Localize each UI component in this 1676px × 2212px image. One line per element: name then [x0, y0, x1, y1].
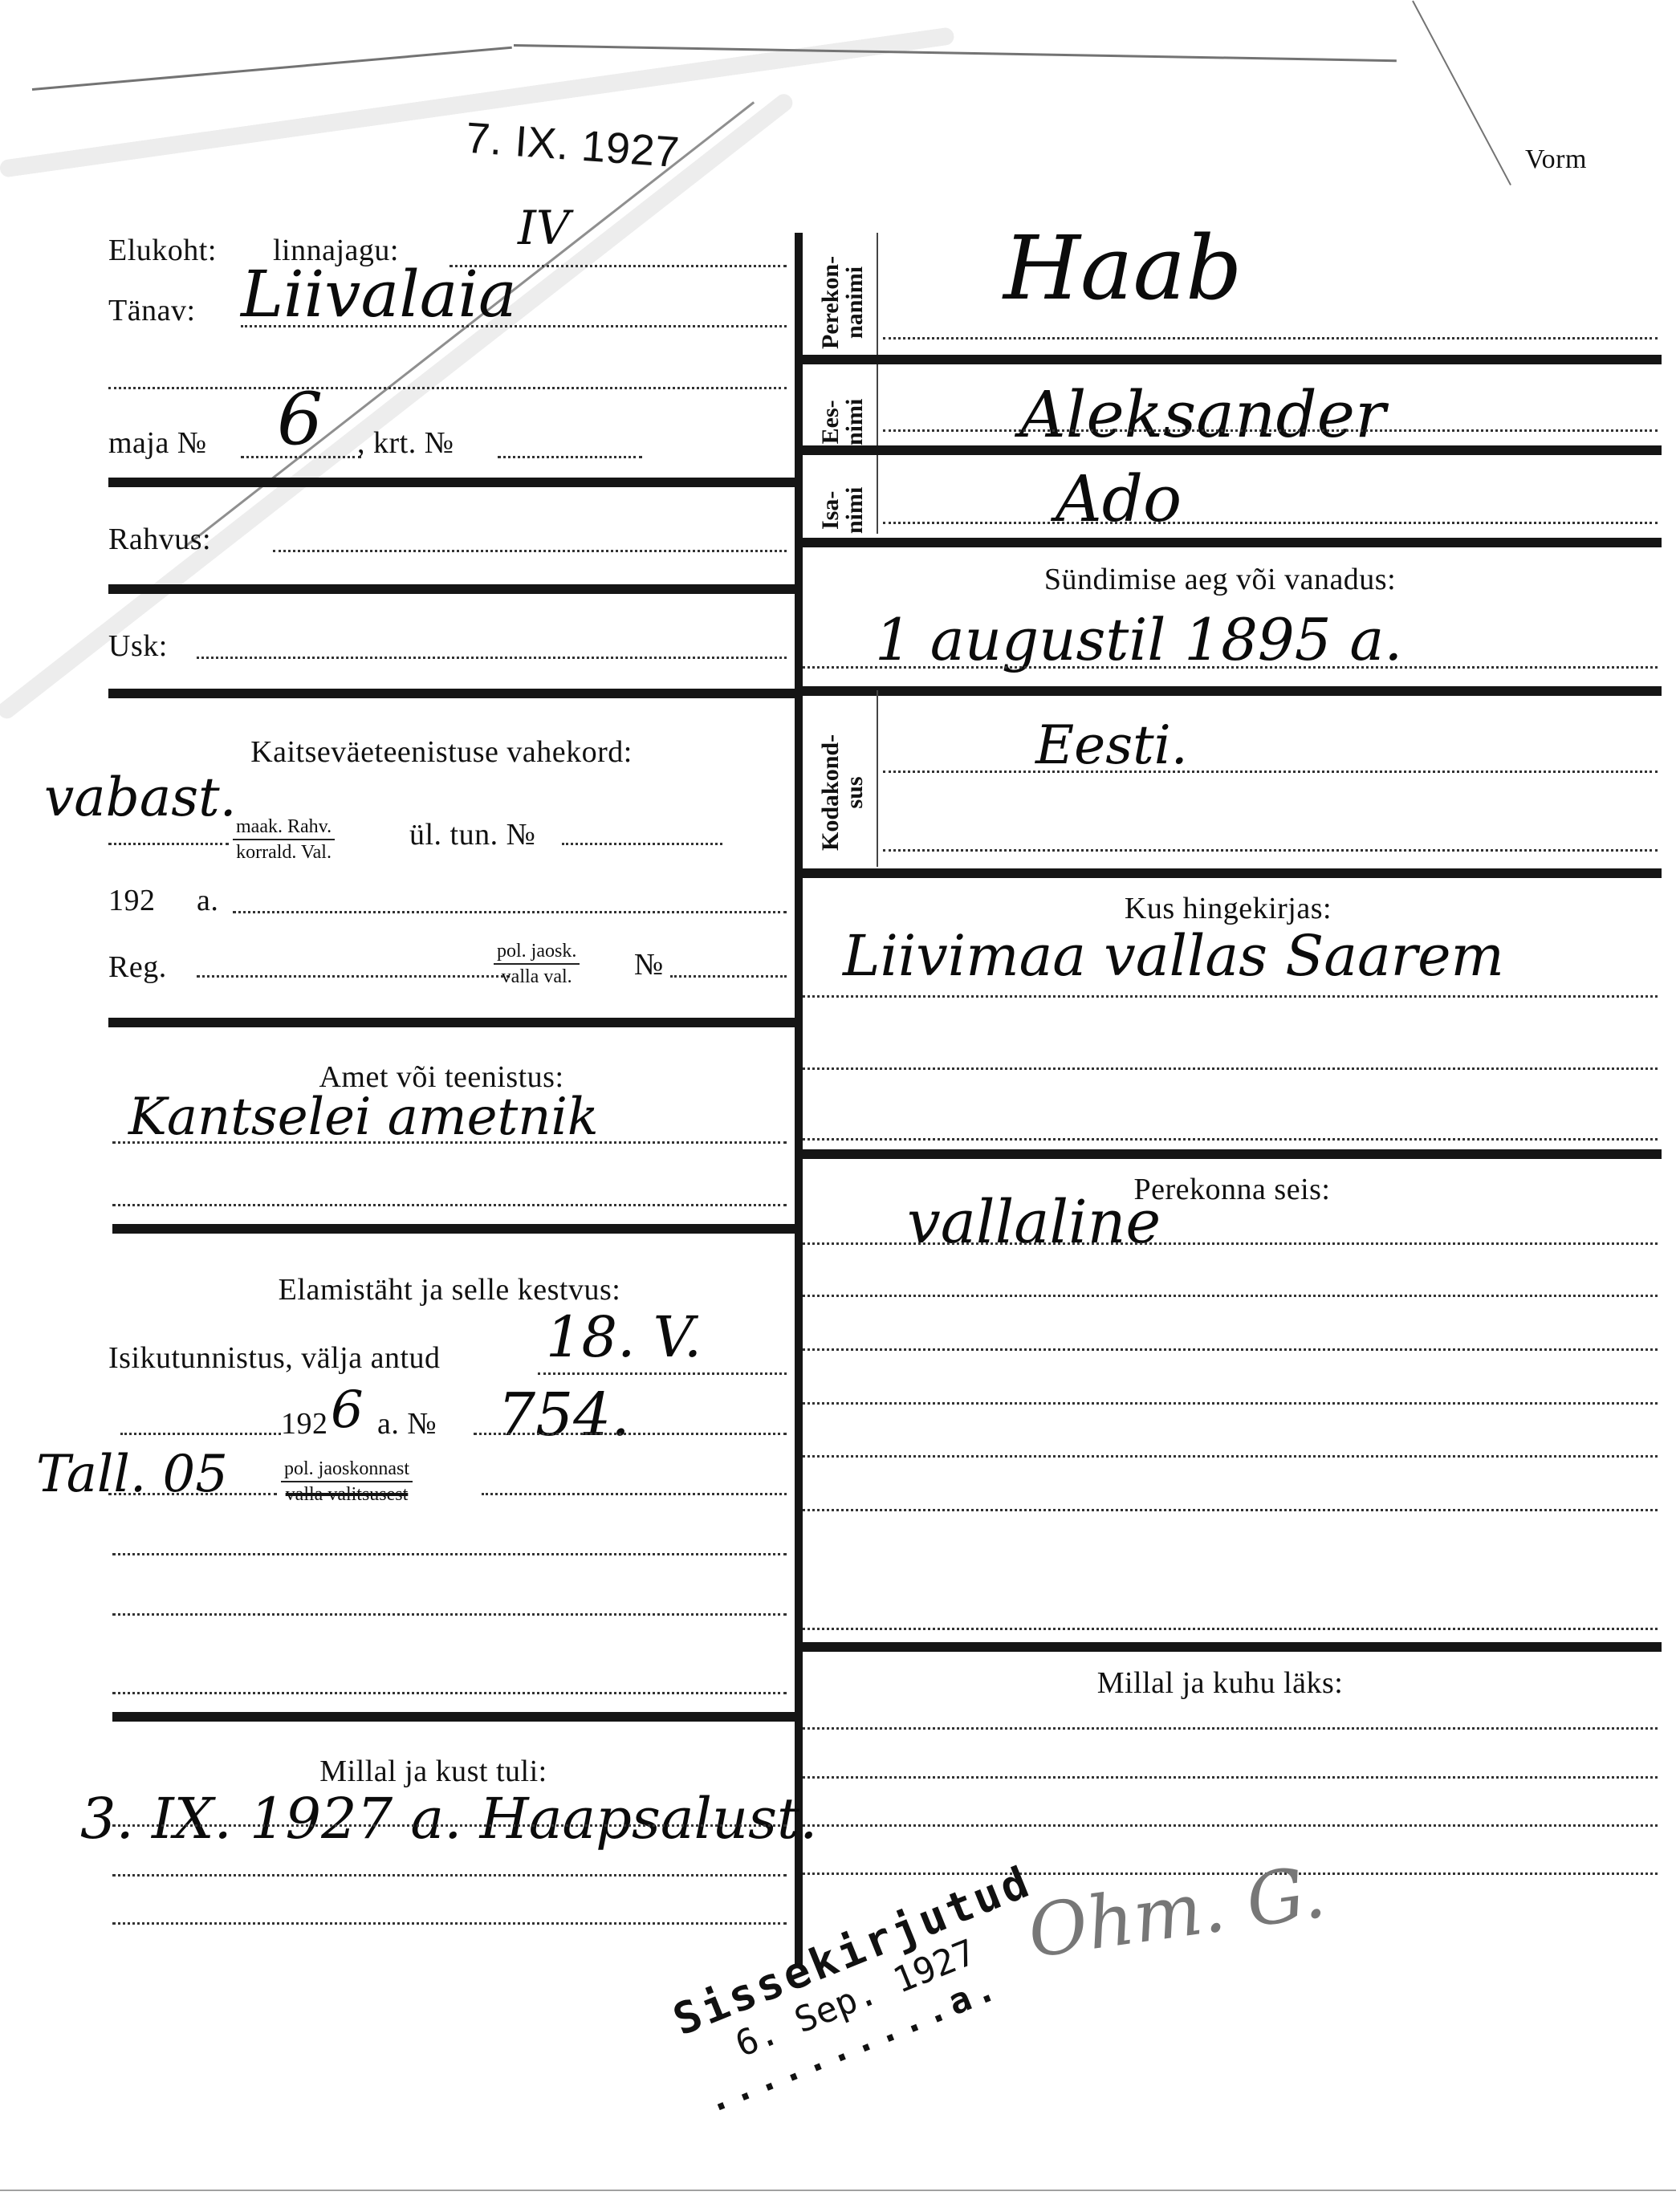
- arrival-line-2: [112, 1874, 787, 1877]
- reg-fraction: pol. jaosk. valla val.: [494, 939, 580, 989]
- tanav-label: Tänav:: [108, 293, 196, 328]
- occupation-line-2: [112, 1204, 787, 1206]
- permit-line-4: [112, 1613, 787, 1616]
- marital-line-3: [803, 1348, 1658, 1351]
- arrival-heading: Millal ja kust tuli:: [319, 1754, 547, 1789]
- birth-value[interactable]: 1 augustil 1895 a.: [875, 606, 1402, 673]
- official-signature: Ohm. G.: [1023, 1850, 1331, 1975]
- id-line: [538, 1372, 787, 1375]
- rahvus-label: Rahvus:: [108, 522, 211, 557]
- first-name-line: [883, 429, 1658, 432]
- divider: [112, 1224, 795, 1234]
- label-line: Isa-: [819, 487, 843, 534]
- frac-bottom: korrald. Val.: [236, 840, 332, 864]
- permit-year-hand[interactable]: 6: [331, 1380, 364, 1440]
- departure-heading: Millal ja kuhu läks:: [1097, 1665, 1344, 1701]
- frac-top: pol. jaoskonnast: [281, 1457, 413, 1482]
- label-line: Perekon-: [819, 256, 843, 349]
- divider: [108, 689, 795, 698]
- parish-value[interactable]: Liivimaa vallas Saarem: [843, 923, 1504, 989]
- maja-value[interactable]: 6: [277, 377, 323, 462]
- military-fraction: maak. Rahv. korrald. Val.: [233, 815, 335, 864]
- divider: [108, 584, 795, 594]
- year-line: [120, 1433, 281, 1435]
- krt-label: , krt. №: [357, 425, 454, 461]
- divider: [108, 478, 795, 487]
- label-line: Ees-: [819, 399, 843, 445]
- paper-crease: [1412, 1, 1511, 186]
- permit-year-prefix: 192: [281, 1406, 328, 1441]
- divider: [803, 686, 1662, 696]
- military-line: [108, 843, 229, 845]
- occupation-value[interactable]: Kantselei ametnik: [128, 1088, 599, 1147]
- elukoht-label: Elukoht:: [108, 233, 217, 268]
- maja-label: maja №: [108, 425, 207, 461]
- label-line: Kodakond-: [819, 734, 843, 851]
- citizenship-line-2: [883, 849, 1658, 852]
- paper-crease: [514, 44, 1397, 62]
- marital-line-2: [803, 1295, 1658, 1297]
- issuer-line-right: [482, 1493, 787, 1495]
- label-line: sus: [843, 734, 867, 851]
- father-name-label: Isa- nimi: [819, 487, 867, 534]
- marital-value[interactable]: vallaline: [907, 1188, 1161, 1257]
- label-line: nimi: [843, 399, 867, 445]
- id-label: Isikutunnistus, välja antud: [108, 1340, 441, 1376]
- marital-line-4: [803, 1402, 1658, 1405]
- marital-line-7: [803, 1628, 1658, 1630]
- divider: [803, 538, 1662, 547]
- form-number-label: Vorm: [1525, 144, 1587, 175]
- registration-stamp: Sissekirjutud 6. Sep. 1927 ..........a.: [666, 1856, 1069, 2121]
- tanav-value[interactable]: Liivalaia: [241, 257, 517, 331]
- divider: [112, 1712, 799, 1722]
- birth-heading: Sündimise aeg või vanadus:: [1044, 562, 1396, 597]
- citizenship-label: Kodakond- sus: [819, 734, 867, 851]
- usk-label: Usk:: [108, 628, 168, 664]
- reg-no-line: [670, 975, 787, 978]
- arrival-line: [112, 1824, 787, 1827]
- frac-bottom: valla valitsusest: [286, 1482, 409, 1507]
- frac-top: pol. jaosk.: [494, 939, 580, 965]
- reg-no: №: [634, 947, 664, 982]
- marital-line-6: [803, 1509, 1658, 1511]
- marital-heading: Perekonna seis:: [1134, 1172, 1331, 1207]
- paper-crease: [0, 91, 796, 722]
- divider: [803, 868, 1662, 878]
- divider: [803, 1149, 1662, 1159]
- arrival-line-3: [112, 1922, 787, 1925]
- reg-line: [197, 975, 510, 978]
- krt-line: [498, 456, 642, 458]
- ul-tun-label: ül. tun. №: [409, 817, 535, 852]
- parish-line-3: [803, 1138, 1658, 1141]
- reg-label: Reg.: [108, 949, 167, 985]
- birth-line: [803, 666, 1658, 669]
- permit-line-5: [112, 1692, 787, 1694]
- paper-edge: [0, 2190, 1676, 2191]
- usk-line: [197, 657, 787, 659]
- surname-line: [883, 337, 1658, 340]
- permit-year-suffix: a. №: [377, 1406, 437, 1441]
- paper-crease: [32, 47, 512, 91]
- father-name-line: [883, 522, 1658, 524]
- divider: [803, 355, 1662, 364]
- marital-line: [803, 1242, 1658, 1245]
- parish-line-2: [803, 1067, 1658, 1070]
- id-number-line: [474, 1433, 787, 1435]
- father-name-value[interactable]: Ado: [1056, 462, 1182, 536]
- marital-line-5: [803, 1455, 1658, 1458]
- address-line-2: [108, 387, 787, 389]
- divider: [803, 445, 1662, 455]
- linnajagu-value[interactable]: IV: [518, 201, 570, 255]
- permit-heading: Elamistäht ja selle kestvus:: [279, 1272, 621, 1307]
- date-stamp-top: 7. IX. 1927: [464, 113, 681, 177]
- citizenship-value[interactable]: Eesti.: [1035, 714, 1188, 776]
- first-name-value[interactable]: Aleksander: [1019, 377, 1385, 452]
- departure-line: [803, 1727, 1658, 1730]
- surname-value[interactable]: Haab: [1003, 217, 1243, 319]
- id-number-value[interactable]: 754.: [498, 1380, 630, 1450]
- occupation-line: [112, 1141, 787, 1144]
- frac-top: maak. Rahv.: [233, 815, 335, 840]
- divider: [803, 1642, 1662, 1652]
- issuer-fraction: pol. jaoskonnast valla valitsusest: [281, 1457, 413, 1507]
- label-line: nimi: [843, 487, 867, 534]
- permit-line-3: [112, 1553, 787, 1555]
- military-value[interactable]: vabast.: [44, 766, 237, 828]
- divider: [108, 1018, 795, 1027]
- surname-label: Perekon- nanimi: [819, 256, 867, 349]
- rahvus-line: [273, 550, 787, 552]
- label-column-divider: [877, 233, 878, 534]
- column-divider: [795, 233, 803, 1966]
- id-issued-value[interactable]: 18. V.: [546, 1304, 702, 1370]
- first-name-label: Ees- nimi: [819, 399, 867, 445]
- year-suffix: a.: [197, 883, 218, 918]
- military-heading: Kaitseväeteenistuse vahekord:: [250, 734, 633, 770]
- year-label: 192: [108, 883, 156, 918]
- label-column-divider: [877, 690, 878, 867]
- year-line: [233, 911, 787, 913]
- departure-line-2: [803, 1776, 1658, 1779]
- citizenship-line: [883, 771, 1658, 773]
- frac-bottom: valla val.: [502, 965, 572, 989]
- issuer-line: [108, 1493, 277, 1495]
- label-line: nanimi: [843, 256, 867, 349]
- parish-line: [803, 995, 1658, 998]
- arrival-value[interactable]: 3. IX. 1927 a. Haapsalust.: [80, 1786, 817, 1852]
- parish-heading: Kus hingekirjas:: [1125, 891, 1332, 926]
- departure-line-3: [803, 1824, 1658, 1827]
- ul-tun-line: [562, 843, 722, 845]
